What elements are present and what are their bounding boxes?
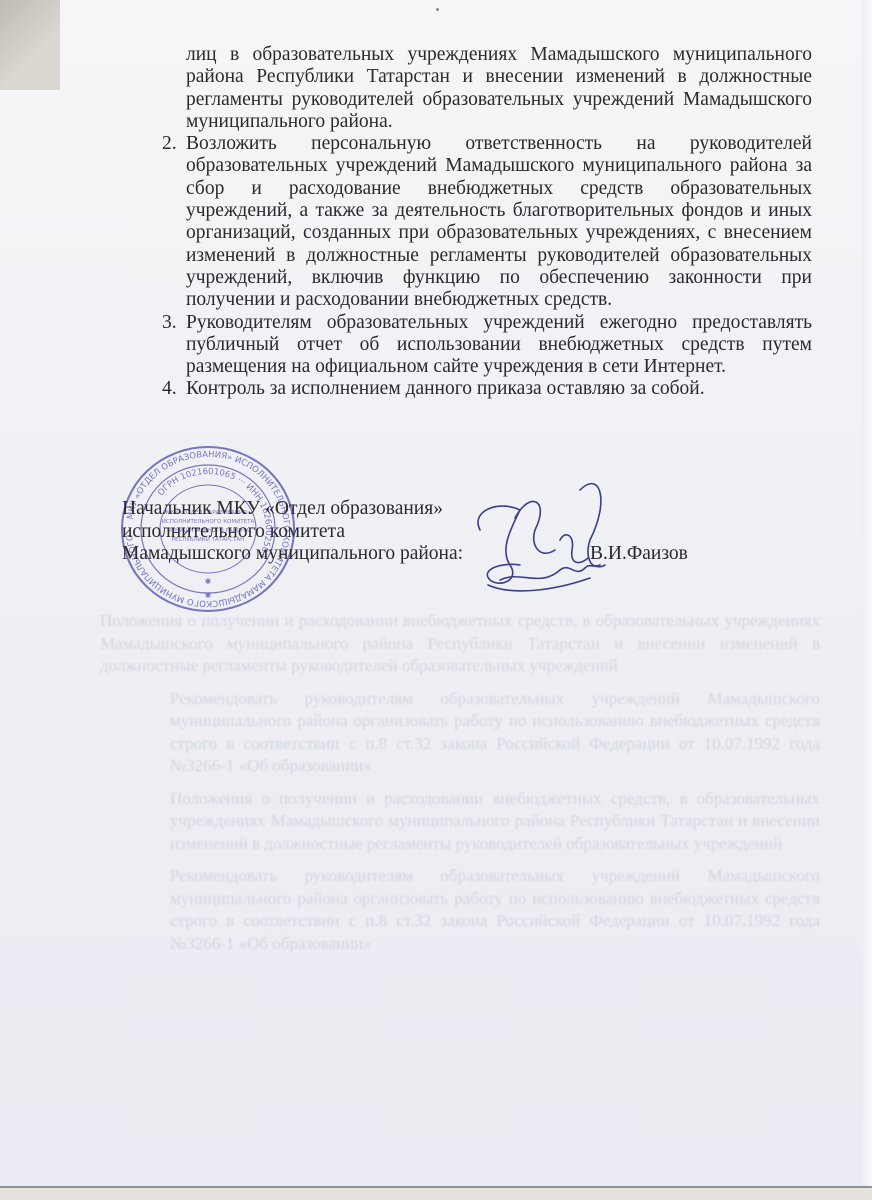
list-item-text: Возложить персональную ответственность н… xyxy=(186,133,812,311)
list-item: 4. Контроль за исполнением данного прика… xyxy=(150,378,812,400)
list-item-text: Руководителям образовательных учреждений… xyxy=(186,312,812,379)
bleed-paragraph: Положения о получении и расходовании вне… xyxy=(100,610,820,678)
bleed-paragraph: Рекомендовать руководителям образователь… xyxy=(100,688,820,778)
svg-text:✱: ✱ xyxy=(205,591,212,600)
signatory-title-line2: исполнительного комитета xyxy=(122,521,722,544)
handwritten-signature-icon xyxy=(440,470,620,600)
continuation-paragraph: лиц в образовательных учреждениях Мамады… xyxy=(150,44,812,133)
scan-speck xyxy=(436,8,439,11)
bleed-paragraph: Положения о получении и расходовании вне… xyxy=(100,788,820,856)
signatory-title-line1: Начальник МКУ «Отдел образования» xyxy=(122,498,722,521)
signature-block: Начальник МКУ «Отдел образования» исполн… xyxy=(122,498,722,566)
list-item-text: Контроль за исполнением данного приказа … xyxy=(186,378,812,400)
list-item-number: 4. xyxy=(150,378,186,400)
list-item: 3. Руководителям образовательных учрежде… xyxy=(150,312,812,379)
scan-corner-shadow xyxy=(0,0,60,90)
bleed-paragraph: Рекомендовать руководителям образователь… xyxy=(100,865,820,955)
svg-text:✱: ✱ xyxy=(205,577,212,586)
list-item: 2. Возложить персональную ответственност… xyxy=(150,133,812,311)
bleed-through-text: Положения о получении и расходовании вне… xyxy=(100,610,820,1130)
list-item-number: 2. xyxy=(150,133,186,311)
document-body: лиц в образовательных учреждениях Мамады… xyxy=(150,44,812,401)
page-right-edge xyxy=(862,0,872,1186)
scan-bottom-edge xyxy=(0,1186,872,1200)
list-item-number: 3. xyxy=(150,312,186,379)
